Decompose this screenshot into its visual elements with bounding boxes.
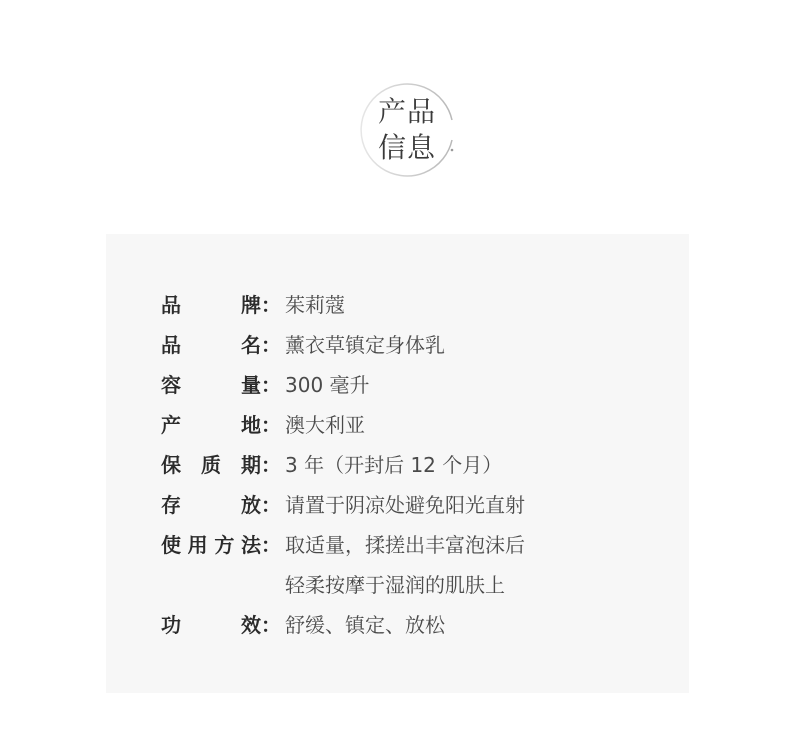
label-char: 放 [241, 489, 261, 521]
section-title-line-1: 产品 [359, 94, 455, 130]
label-char: 存 [161, 489, 181, 521]
label-char: 地 [241, 409, 261, 441]
label-char: 用 [188, 529, 208, 561]
info-label: 存 放 ： [161, 489, 285, 521]
label-colon: ： [261, 449, 285, 481]
label-char: 量 [241, 369, 261, 401]
value-line: 澳大利亚 [285, 409, 365, 449]
value-line: 取适量，揉搓出丰富泡沫后 [285, 529, 525, 569]
value-line: 薰衣草镇定身体乳 [285, 329, 445, 369]
info-row-shelf-life: 保 质 期 ： 3 年（开封后 12 个月） [161, 449, 525, 489]
label-char: 质 [201, 449, 221, 481]
value-line: 3 年（开封后 12 个月） [285, 449, 502, 489]
label-char: 产 [161, 409, 181, 441]
info-label: 功 效 ： [161, 609, 285, 641]
label-char: 名 [241, 329, 261, 361]
info-label: 保 质 期 ： [161, 449, 285, 481]
label-char: 方 [214, 529, 234, 561]
info-label: 产 地 ： [161, 409, 285, 441]
label-char: 容 [161, 369, 181, 401]
label-char: 牌 [241, 289, 261, 321]
product-info-panel: 品 牌 ： 茱莉蔻 品 名 ： 薰衣草镇定身体乳 [106, 234, 689, 693]
label-char: 品 [161, 329, 181, 361]
label-char: 法 [241, 529, 261, 561]
label-char: 品 [161, 289, 181, 321]
value-line: 请置于阴凉处避免阳光直射 [285, 489, 525, 529]
info-row-volume: 容 量 ： 300 毫升 [161, 369, 525, 409]
info-value: 3 年（开封后 12 个月） [285, 449, 502, 489]
label-char: 保 [161, 449, 181, 481]
value-line: 轻柔按摩于湿润的肌肤上 [285, 569, 525, 609]
value-line: 舒缓、镇定、放松 [285, 609, 445, 649]
info-value: 茱莉蔻 [285, 289, 345, 329]
info-row-effects: 功 效 ： 舒缓、镇定、放松 [161, 609, 525, 649]
label-colon: ： [261, 609, 285, 641]
label-colon: ： [261, 489, 285, 521]
info-value: 300 毫升 [285, 369, 370, 409]
label-colon: ： [261, 369, 285, 401]
label-char: 使 [161, 529, 181, 561]
label-char: 效 [241, 609, 261, 641]
info-value: 薰衣草镇定身体乳 [285, 329, 445, 369]
value-line: 300 毫升 [285, 369, 370, 409]
info-row-storage: 存 放 ： 请置于阴凉处避免阳光直射 [161, 489, 525, 529]
label-char: 期 [241, 449, 261, 481]
section-title-badge: 产品 信息 [359, 82, 455, 178]
info-label: 品 名 ： [161, 329, 285, 361]
value-line: 茱莉蔻 [285, 289, 345, 329]
info-row-product-name: 品 名 ： 薰衣草镇定身体乳 [161, 329, 525, 369]
info-value: 舒缓、镇定、放松 [285, 609, 445, 649]
info-row-origin: 产 地 ： 澳大利亚 [161, 409, 525, 449]
info-row-brand: 品 牌 ： 茱莉蔻 [161, 289, 525, 329]
product-info-list: 品 牌 ： 茱莉蔻 品 名 ： 薰衣草镇定身体乳 [161, 289, 525, 649]
section-title-line-2: 信息 [359, 130, 455, 166]
label-colon: ： [261, 329, 285, 361]
info-label: 品 牌 ： [161, 289, 285, 321]
label-colon: ： [261, 289, 285, 321]
info-label: 容 量 ： [161, 369, 285, 401]
label-colon: ： [261, 409, 285, 441]
label-char: 功 [161, 609, 181, 641]
info-row-usage: 使 用 方 法 ： 取适量，揉搓出丰富泡沫后 轻柔按摩于湿润的肌肤上 [161, 529, 525, 609]
info-value: 请置于阴凉处避免阳光直射 [285, 489, 525, 529]
label-colon: ： [261, 529, 285, 561]
info-value: 取适量，揉搓出丰富泡沫后 轻柔按摩于湿润的肌肤上 [285, 529, 525, 609]
info-value: 澳大利亚 [285, 409, 365, 449]
section-title: 产品 信息 [359, 94, 455, 166]
info-label: 使 用 方 法 ： [161, 529, 285, 561]
